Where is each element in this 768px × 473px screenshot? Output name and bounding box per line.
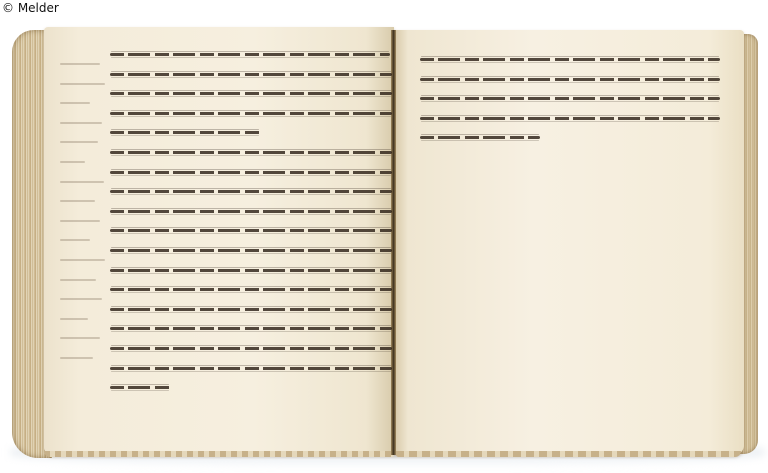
handwritten-line [110,143,392,163]
handwritten-line [110,163,392,183]
handwritten-line [110,300,392,320]
left-page-handwriting [110,45,392,398]
ink-stroke [110,210,392,213]
handwritten-line [110,261,392,281]
ink-stroke [110,308,392,311]
handwritten-line [110,221,392,241]
ink-stroke [110,53,390,56]
handwritten-line [110,84,392,104]
ink-stroke [110,190,392,193]
ink-stroke [420,117,720,120]
handwritten-line [420,128,730,148]
ink-stroke [420,97,720,100]
handwritten-line [420,70,730,90]
handwritten-line [110,359,392,379]
right-page-handwriting [420,50,730,148]
ink-stroke [110,171,392,174]
copyright-watermark: © Melder [2,1,59,15]
ink-stroke [110,151,392,154]
ink-stroke [110,131,260,134]
ink-stroke [420,78,720,81]
handwritten-line [110,45,392,65]
handwritten-line [110,202,392,222]
ink-stroke [420,58,720,61]
handwritten-line [110,123,392,143]
bleed-through-text [60,55,110,369]
handwritten-line [110,241,392,261]
handwritten-line [110,104,392,124]
ink-stroke [110,73,392,76]
ink-stroke [110,249,392,252]
ink-stroke [110,269,392,272]
ink-stroke [110,367,392,370]
handwritten-line [110,378,392,398]
ink-stroke [110,112,392,115]
ink-stroke [420,136,540,139]
handwritten-line [420,109,730,129]
ink-stroke [110,386,170,389]
left-bottom-edge [44,451,394,457]
ink-stroke [110,347,392,350]
handwritten-line [110,319,392,339]
handwritten-line [420,50,730,70]
right-bottom-edge [396,451,741,457]
handwritten-line [110,339,392,359]
ink-stroke [110,288,392,291]
ink-stroke [110,229,392,232]
handwritten-line [110,182,392,202]
ink-stroke [110,327,392,330]
ink-stroke [110,92,392,95]
handwritten-line [110,65,392,85]
handwritten-line [420,89,730,109]
handwritten-line [110,280,392,300]
